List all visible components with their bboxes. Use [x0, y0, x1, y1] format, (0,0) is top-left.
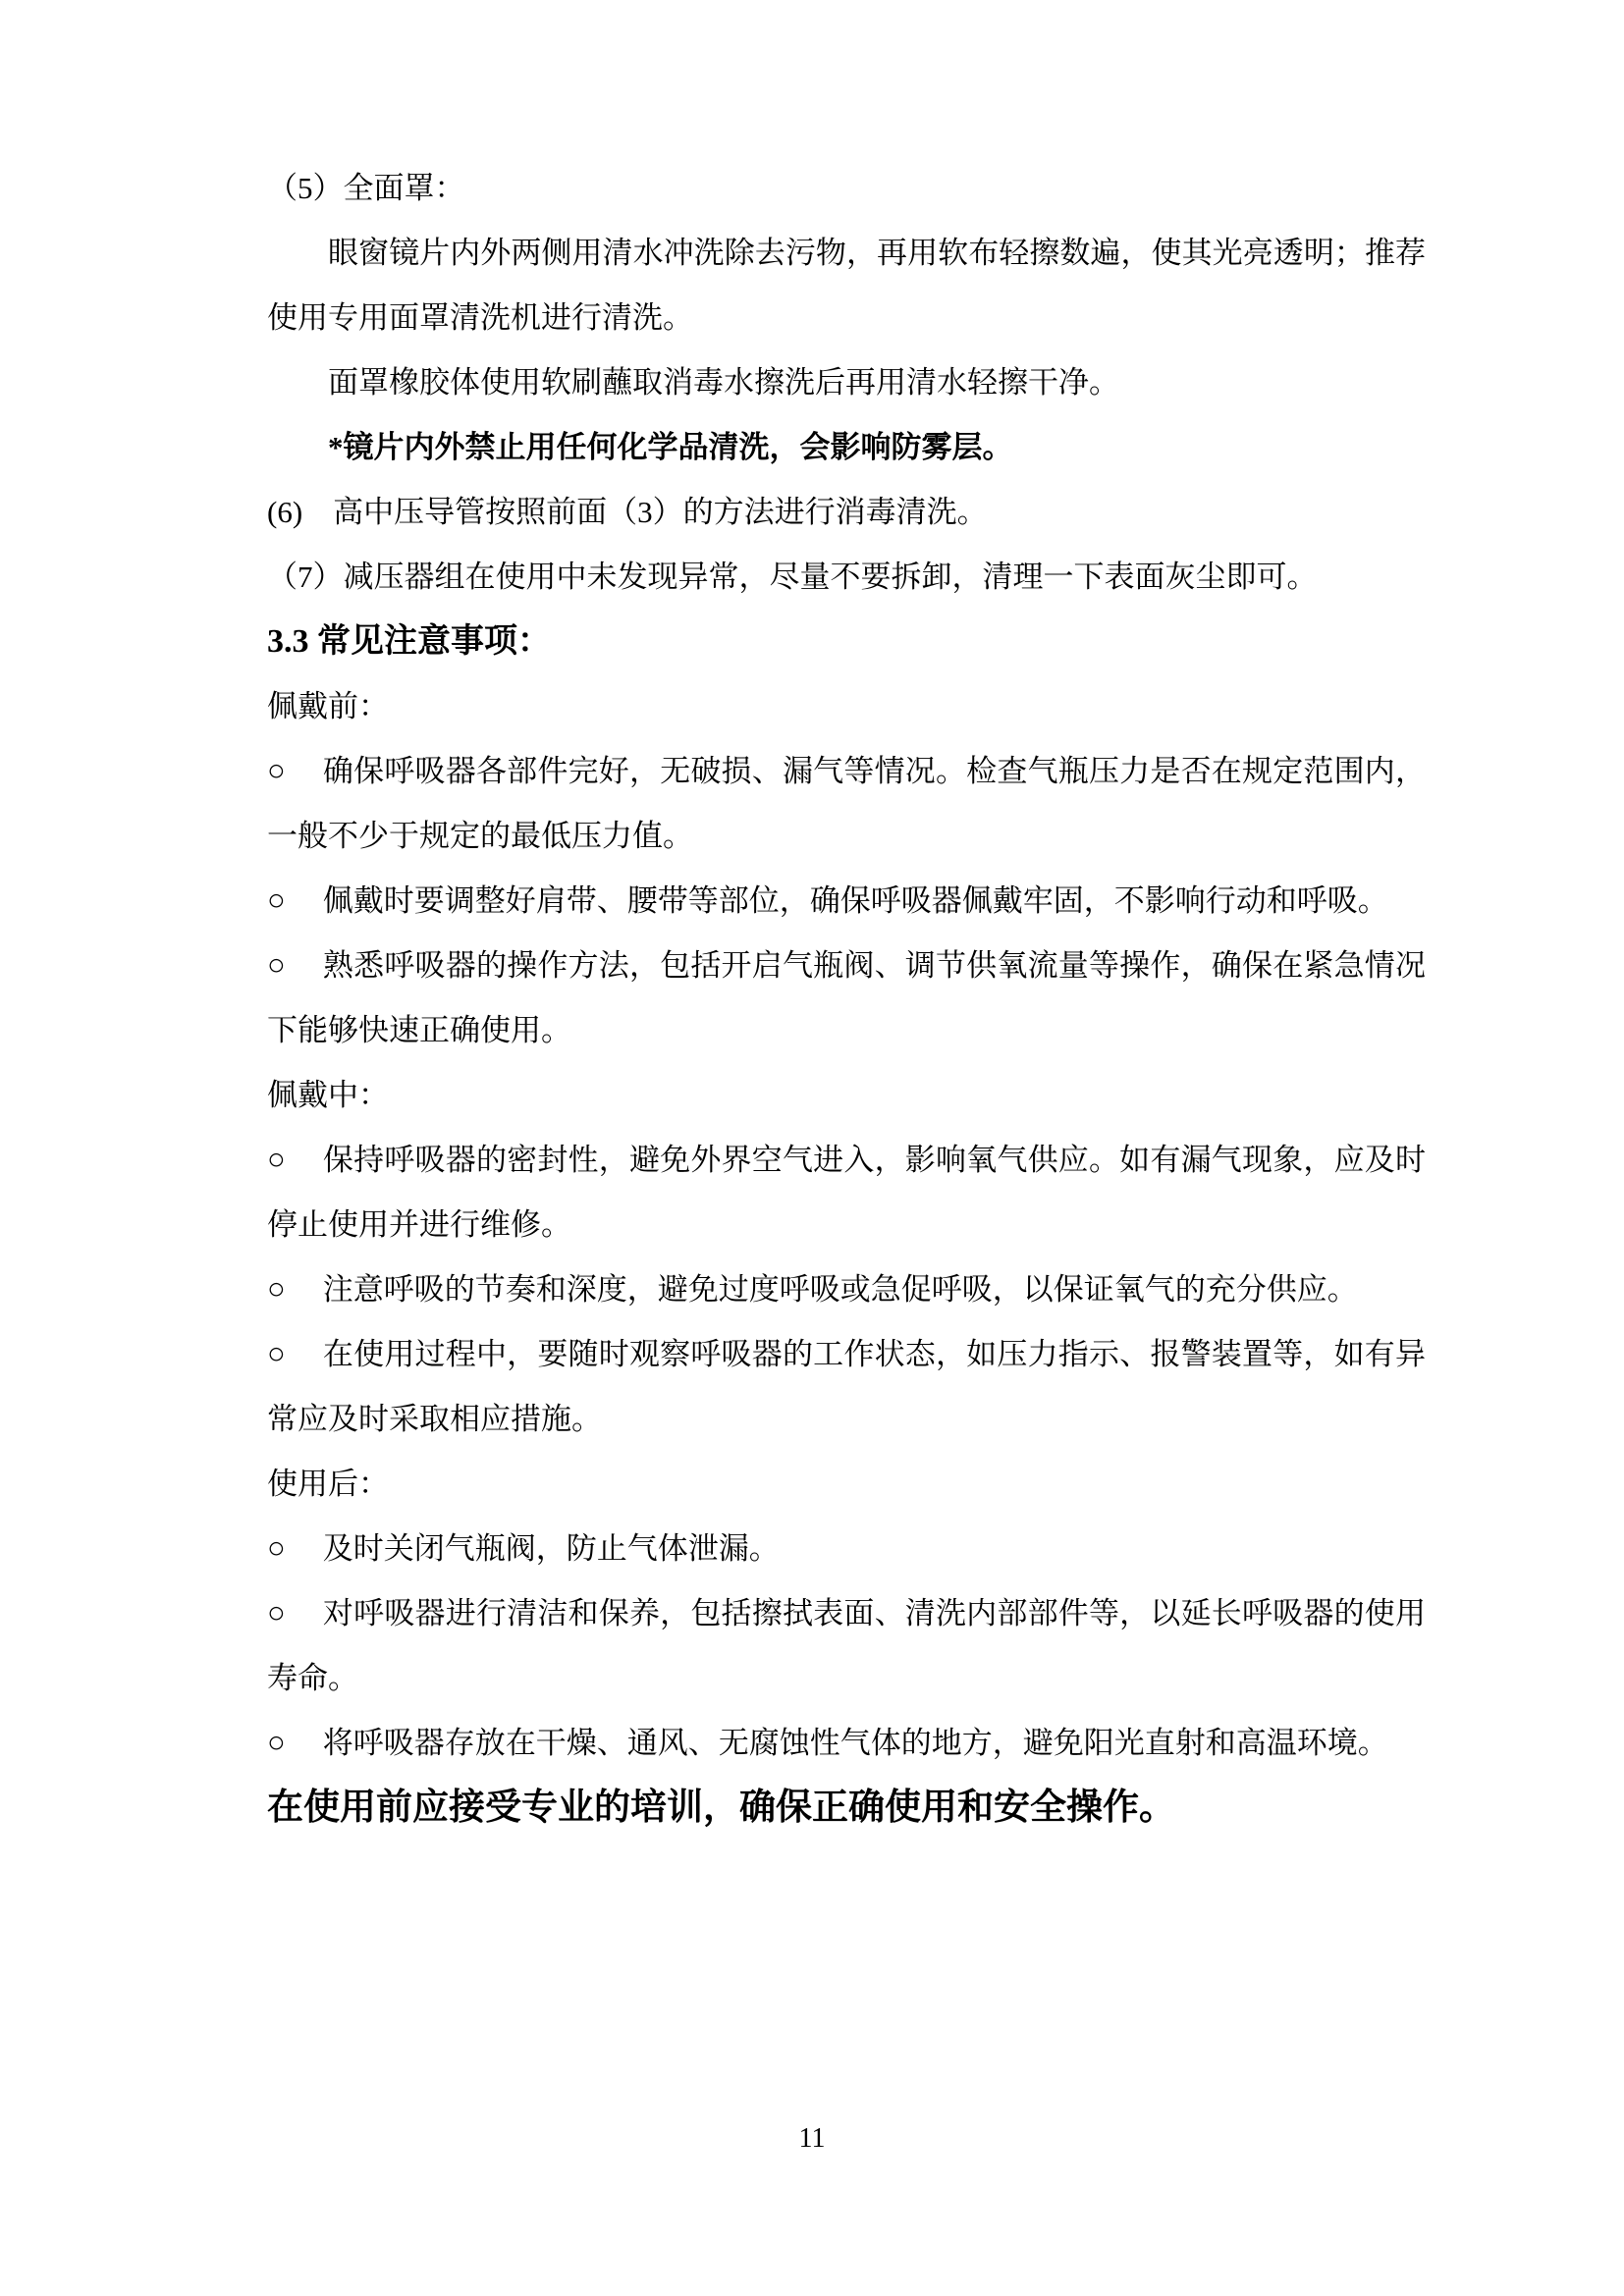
item-5-full-face-mask-title: （5）全面罩： — [267, 156, 1426, 221]
bullet-clean-maintain: ○对呼吸器进行清洁和保养，包括擦拭表面、清洗内部部件等，以延长呼吸器的使用寿命。 — [267, 1581, 1426, 1711]
bullet-text: 将呼吸器存放在干燥、通风、无腐蚀性气体的地方，避免阳光直射和高温环境。 — [323, 1726, 1388, 1760]
bullet-keep-sealed: ○保持呼吸器的密封性，避免外界空气进入，影响氧气供应。如有漏气现象，应及时停止使… — [267, 1128, 1426, 1257]
item-7-pressure-reducer: （7）减压器组在使用中未发现异常，尽量不要拆卸，清理一下表面灰尘即可。 — [267, 545, 1426, 610]
document-page: （5）全面罩： 眼窗镜片内外两侧用清水冲洗除去污物，再用软布轻擦数遍，使其光亮透… — [0, 0, 1624, 2296]
circle-bullet-icon: ○ — [267, 738, 286, 803]
label-before-wearing: 佩戴前： — [267, 674, 1426, 739]
circle-bullet-icon: ○ — [267, 868, 286, 933]
document-body: （5）全面罩： 眼窗镜片内外两侧用清水冲洗除去污物，再用软布轻擦数遍，使其光亮透… — [267, 156, 1426, 1841]
bullet-text: 及时关闭气瓶阀，防止气体泄漏。 — [323, 1531, 780, 1566]
bullet-monitor-status: ○在使用过程中，要随时观察呼吸器的工作状态，如压力指示、报警装置等，如有异常应及… — [267, 1322, 1426, 1452]
circle-bullet-icon: ○ — [267, 1321, 286, 1386]
bullet-text: 确保呼吸器各部件完好，无破损、漏气等情况。检查气瓶压力是否在规定范围内，一般不少… — [267, 754, 1426, 853]
circle-bullet-icon: ○ — [267, 933, 286, 997]
bullet-breathing-rhythm: ○注意呼吸的节奏和深度，避免过度呼吸或急促呼吸，以保证氧气的充分供应。 — [267, 1257, 1426, 1322]
bullet-text: 佩戴时要调整好肩带、腰带等部位，确保呼吸器佩戴牢固，不影响行动和呼吸。 — [323, 883, 1388, 918]
page-number: 11 — [799, 2123, 826, 2154]
bullet-text: 保持呼吸器的密封性，避免外界空气进入，影响氧气供应。如有漏气现象，应及时停止使用… — [267, 1143, 1426, 1242]
bullet-text: 熟悉呼吸器的操作方法，包括开启气瓶阀、调节供氧流量等操作，确保在紧急情况下能够快… — [267, 948, 1426, 1047]
section-heading-3-3: 3.3 常见注意事项： — [267, 610, 1426, 674]
bullet-storage-conditions: ○将呼吸器存放在干燥、通风、无腐蚀性气体的地方，避免阳光直射和高温环境。 — [267, 1711, 1426, 1776]
bullet-close-valve: ○及时关闭气瓶阀，防止气体泄漏。 — [267, 1517, 1426, 1581]
circle-bullet-icon: ○ — [267, 1580, 286, 1645]
bullet-check-components: ○确保呼吸器各部件完好，无破损、漏气等情况。检查气瓶压力是否在规定范围内，一般不… — [267, 739, 1426, 869]
para-visor-lens-cleaning: 眼窗镜片内外两侧用清水冲洗除去污物，再用软布轻擦数遍，使其光亮透明；推荐使用专用… — [267, 221, 1426, 350]
circle-bullet-icon: ○ — [267, 1710, 286, 1775]
page-footer: 11 — [0, 2122, 1624, 2156]
bullet-know-operation: ○熟悉呼吸器的操作方法，包括开启气瓶阀、调节供氧流量等操作，确保在紧急情况下能够… — [267, 934, 1426, 1063]
label-while-wearing: 佩戴中： — [267, 1063, 1426, 1128]
item-6-pressure-tubes: (6) 高中压导管按照前面（3）的方法进行消毒清洗。 — [267, 480, 1426, 545]
conclusion-training-required: 在使用前应接受专业的培训，确保正确使用和安全操作。 — [267, 1776, 1426, 1841]
para-mask-rubber-cleaning: 面罩橡胶体使用软刷蘸取消毒水擦洗后再用清水轻擦干净。 — [267, 350, 1426, 415]
bullet-adjust-straps: ○佩戴时要调整好肩带、腰带等部位，确保呼吸器佩戴牢固，不影响行动和呼吸。 — [267, 869, 1426, 934]
circle-bullet-icon: ○ — [267, 1127, 286, 1192]
label-after-use: 使用后： — [267, 1452, 1426, 1517]
note-no-chemicals-on-lens: *镜片内外禁止用任何化学品清洗，会影响防雾层。 — [267, 415, 1426, 480]
bullet-text: 在使用过程中，要随时观察呼吸器的工作状态，如压力指示、报警装置等，如有异常应及时… — [267, 1337, 1426, 1436]
circle-bullet-icon: ○ — [267, 1256, 286, 1321]
bullet-text: 对呼吸器进行清洁和保养，包括擦拭表面、清洗内部部件等，以延长呼吸器的使用寿命。 — [267, 1596, 1426, 1695]
bullet-text: 注意呼吸的节奏和深度，避免过度呼吸或急促呼吸，以保证氧气的充分供应。 — [323, 1272, 1358, 1307]
circle-bullet-icon: ○ — [267, 1516, 286, 1580]
